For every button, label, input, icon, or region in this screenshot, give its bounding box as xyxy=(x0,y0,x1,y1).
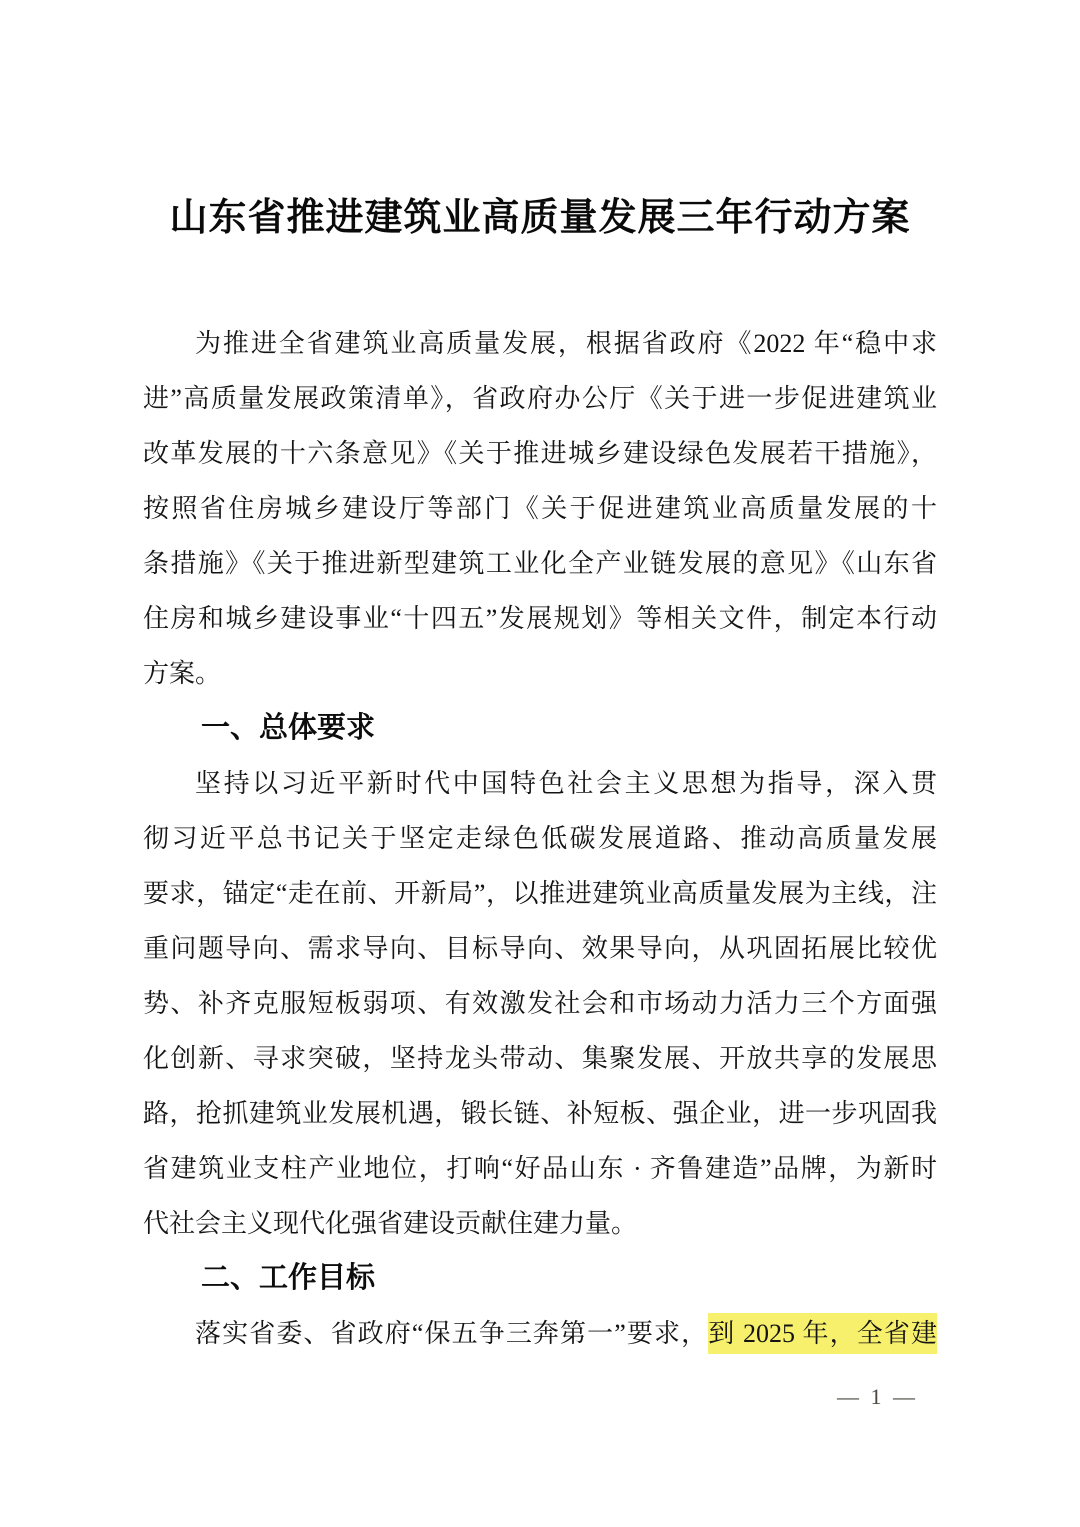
body-line: 坚持以习近平新时代中国特色社会主义思想为指导，深入贯 xyxy=(143,756,937,811)
body-line: 要求，锚定“走在前、开新局”，以推进建筑业高质量发展为主线，注 xyxy=(143,866,937,921)
highlighted-text: 到 2025 年，全省建 xyxy=(708,1313,937,1354)
document-title: 山东省推进建筑业高质量发展三年行动方案 xyxy=(0,186,1080,241)
body-line: 为推进全省建筑业高质量发展，根据省政府《2022 年“稳中求 xyxy=(143,316,937,371)
page-number: — 1 — xyxy=(837,1384,918,1410)
body-line-with-highlight: 落实省委、省政府“保五争三奔第一”要求，到 2025 年，全省建 xyxy=(143,1306,937,1361)
body-line: 省建筑业支柱产业地位，打响“好品山东 · 齐鲁建造”品牌，为新时 xyxy=(143,1141,937,1196)
body-line: 住房和城乡建设事业“十四五”发展规划》等相关文件，制定本行动 xyxy=(143,591,937,646)
body-line: 条措施》《关于推进新型建筑工业化全产业链发展的意见》《山东省 xyxy=(143,536,937,591)
body-line: 彻习近平总书记关于坚定走绿色低碳发展道路、推动高质量发展 xyxy=(143,811,937,866)
section-heading-work-goals: 二、工作目标 xyxy=(143,1251,937,1306)
section-heading-overall-requirements: 一、总体要求 xyxy=(143,701,937,756)
body-line: 重问题导向、需求导向、目标导向、效果导向，从巩固拓展比较优 xyxy=(143,921,937,976)
body-line: 按照省住房城乡建设厅等部门《关于促进建筑业高质量发展的十 xyxy=(143,481,937,536)
body-line: 势、补齐克服短板弱项、有效激发社会和市场动力活力三个方面强 xyxy=(143,976,937,1031)
body-line: 路，抢抓建筑业发展机遇，锻长链、补短板、强企业，进一步巩固我 xyxy=(143,1086,937,1141)
body-line: 进”高质量发展政策清单》，省政府办公厅《关于进一步促进建筑业 xyxy=(143,371,937,426)
document-body: 为推进全省建筑业高质量发展，根据省政府《2022 年“稳中求 进”高质量发展政策… xyxy=(143,316,937,1361)
body-line: 方案。 xyxy=(143,646,937,701)
body-line: 化创新、寻求突破，坚持龙头带动、集聚发展、开放共享的发展思 xyxy=(143,1031,937,1086)
document-page: 山东省推进建筑业高质量发展三年行动方案 为推进全省建筑业高质量发展，根据省政府《… xyxy=(0,0,1080,1527)
body-line: 代社会主义现代化强省建设贡献住建力量。 xyxy=(143,1196,937,1251)
goal-line-normal-text: 落实省委、省政府“保五争三奔第一”要求， xyxy=(195,1319,708,1348)
body-line: 改革发展的十六条意见》《关于推进城乡建设绿色发展若干措施》， xyxy=(143,426,937,481)
